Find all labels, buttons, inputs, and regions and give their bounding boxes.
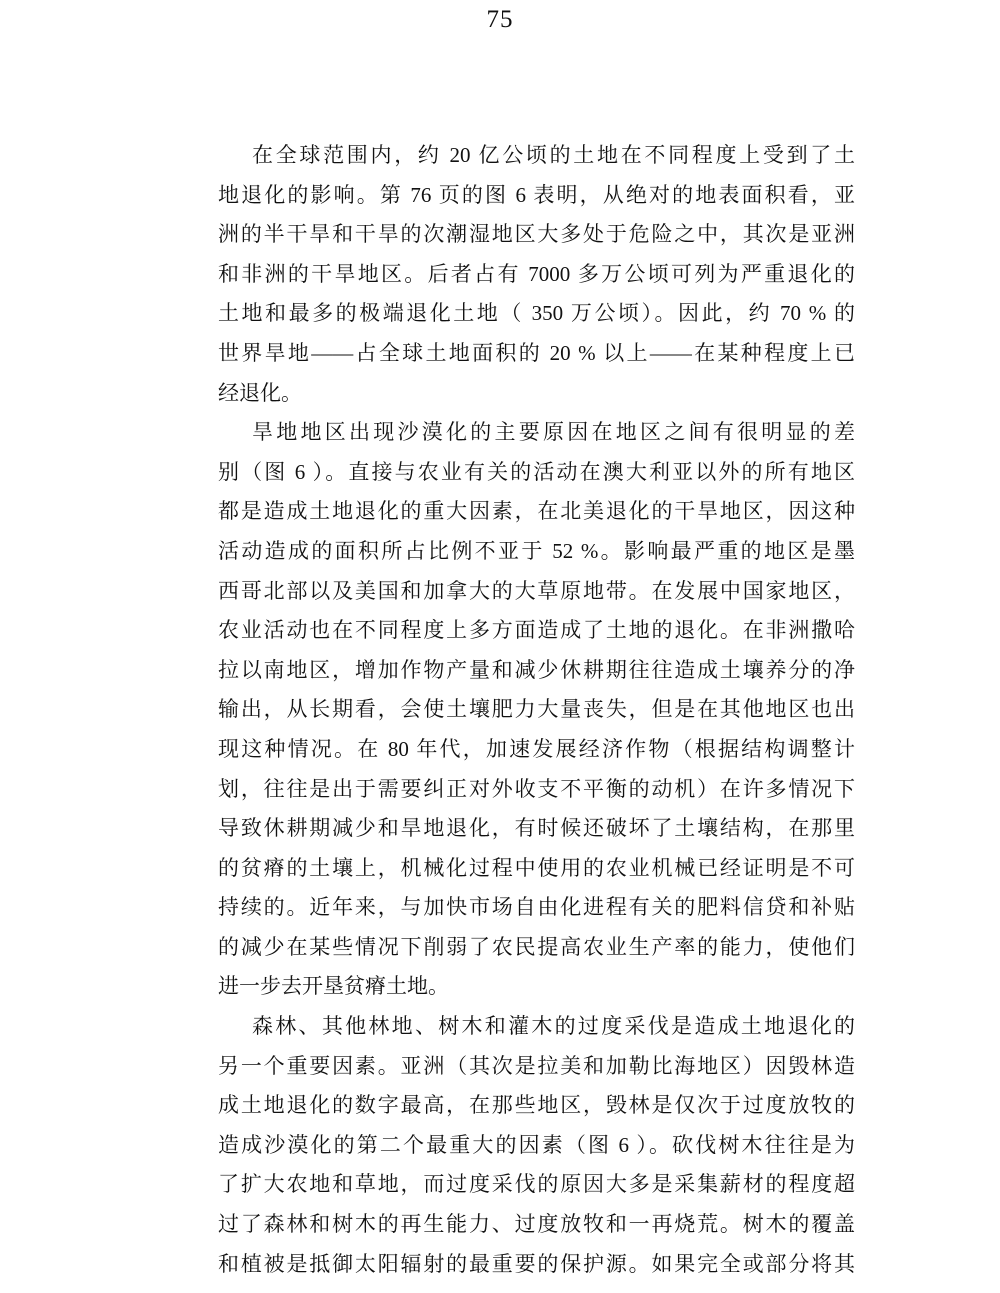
text-line: 的贫瘠的土壤上，机械化过程中使用的农业机械已经证明是不可 — [218, 849, 855, 889]
text-line: 活动造成的面积所占比例不亚于 52 %。影响最严重的地区是墨 — [218, 532, 855, 572]
text-line: 西哥北部以及美国和加拿大的大草原地带。在发展中国家地区， — [218, 572, 855, 612]
text-line: 进一步去开垦贫瘠土地。 — [218, 967, 855, 1007]
text-line: 成土地退化的数字最高，在那些地区，毁林是仅次于过度放牧的 — [218, 1086, 855, 1126]
text-line: 的减少在某些情况下削弱了农民提高农业生产率的能力，使他们 — [218, 928, 855, 968]
text-line: 洲的半干旱和干旱的次潮湿地区大多处于危险之中，其次是亚洲 — [218, 215, 855, 255]
document-page: 75 在全球范围内，约 20 亿公顷的土地在不同程度上受到了土地退化的影响。第 … — [0, 0, 1000, 1293]
text-line: 过了森林和树木的再生能力、过度放牧和一再烧荒。树木的覆盖 — [218, 1205, 855, 1245]
text-line: 土地和最多的极端退化土地（ 350 万公顷）。因此，约 70 % 的 — [218, 294, 855, 334]
text-line: 造成沙漠化的第二个最重大的因素（图 6 ）。砍伐树木往往是为 — [218, 1126, 855, 1166]
text-line: 持续的。近年来，与加快市场自由化进程有关的肥料信贷和补贴 — [218, 888, 855, 928]
text-line: 现这种情况。在 80 年代，加速发展经济作物（根据结构调整计 — [218, 730, 855, 770]
text-line: 了扩大农地和草地，而过度采伐的原因大多是采集薪材的程度超 — [218, 1165, 855, 1205]
text-line: 旱地地区出现沙漠化的主要原因在地区之间有很明显的差 — [218, 413, 855, 453]
text-line: 在全球范围内，约 20 亿公顷的土地在不同程度上受到了土 — [218, 136, 855, 176]
paragraph-2: 旱地地区出现沙漠化的主要原因在地区之间有很明显的差别（图 6 ）。直接与农业有关… — [218, 413, 855, 1007]
text-line: 和植被是抵御太阳辐射的最重要的保护源。如果完全或部分将其 — [218, 1245, 855, 1285]
text-line: 都是造成土地退化的重大因素，在北美退化的干旱地区，因这种 — [218, 492, 855, 532]
text-line: 森林、其他林地、树木和灌木的过度采伐是造成土地退化的 — [218, 1007, 855, 1047]
text-line: 别（图 6 ）。直接与农业有关的活动在澳大利亚以外的所有地区 — [218, 453, 855, 493]
text-line: 经退化。 — [218, 374, 855, 414]
text-line: 划，往往是出于需要纠正对外收支不平衡的动机）在许多情况下 — [218, 770, 855, 810]
text-line: 导致休耕期减少和旱地退化，有时候还破坏了土壤结构，在那里 — [218, 809, 855, 849]
text-line: 另一个重要因素。亚洲（其次是拉美和加勒比海地区）因毁林造 — [218, 1047, 855, 1087]
text-line: 农业活动也在不同程度上多方面造成了土地的退化。在非洲撒哈 — [218, 611, 855, 651]
page-number: 75 — [0, 6, 1000, 34]
text-line: 地退化的影响。第 76 页的图 6 表明，从绝对的地表面积看，亚 — [218, 176, 855, 216]
text-line: 输出，从长期看，会使土壤肥力大量丧失，但是在其他地区也出 — [218, 690, 855, 730]
text-line: 拉以南地区，增加作物产量和减少休耕期往往造成土壤养分的净 — [218, 651, 855, 691]
body-text: 在全球范围内，约 20 亿公顷的土地在不同程度上受到了土地退化的影响。第 76 … — [218, 136, 855, 1284]
paragraph-1: 在全球范围内，约 20 亿公顷的土地在不同程度上受到了土地退化的影响。第 76 … — [218, 136, 855, 413]
text-line: 和非洲的干旱地区。后者占有 7000 多万公顷可列为严重退化的 — [218, 255, 855, 295]
text-line: 世界旱地——占全球土地面积的 20 % 以上——在某种程度上已 — [218, 334, 855, 374]
paragraph-3: 森林、其他林地、树木和灌木的过度采伐是造成土地退化的另一个重要因素。亚洲（其次是… — [218, 1007, 855, 1284]
